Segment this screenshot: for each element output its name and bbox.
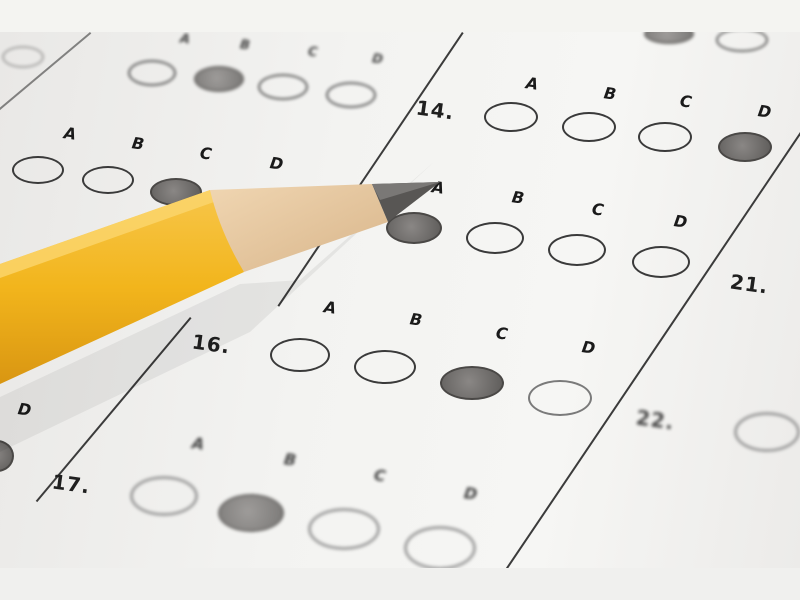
option-label: D xyxy=(673,211,689,232)
answer-bubble-filled[interactable] xyxy=(0,440,14,472)
option-label: B xyxy=(409,309,424,330)
answer-bubble[interactable] xyxy=(354,350,416,384)
column-divider xyxy=(487,132,800,568)
answer-bubble[interactable] xyxy=(82,166,134,194)
answer-sheet: A B C D A B C D 14. A B C D 5. xyxy=(0,32,800,568)
answer-bubble[interactable] xyxy=(12,156,64,184)
answer-bubble[interactable] xyxy=(404,526,476,568)
option-label: D xyxy=(463,483,479,504)
answer-bubble[interactable] xyxy=(562,112,616,142)
answer-bubble[interactable] xyxy=(716,32,768,52)
answer-bubble-filled[interactable] xyxy=(440,366,504,400)
option-label: A xyxy=(323,297,338,318)
answer-bubble[interactable] xyxy=(548,234,606,266)
question-number: 22. xyxy=(635,405,676,434)
answer-bubble[interactable] xyxy=(130,476,198,516)
option-label: A xyxy=(431,177,446,198)
answer-sheet-photo: A B C D A B C D 14. A B C D 5. xyxy=(0,32,800,568)
option-label: C xyxy=(591,199,605,219)
answer-bubble[interactable] xyxy=(466,222,524,254)
option-label: A xyxy=(63,123,78,144)
option-label: D xyxy=(581,337,597,358)
answer-bubble[interactable] xyxy=(528,380,592,416)
answer-bubble-filled[interactable] xyxy=(386,212,442,244)
option-label: C xyxy=(373,465,387,485)
answer-bubble-filled[interactable] xyxy=(644,32,694,44)
answer-bubble-filled[interactable] xyxy=(194,66,244,92)
option-label: C xyxy=(199,143,213,163)
answer-bubble-filled[interactable] xyxy=(218,494,284,532)
question-number: 17. xyxy=(51,469,92,498)
answer-bubble[interactable] xyxy=(308,508,380,550)
option-label: B xyxy=(131,133,146,154)
bottom-border xyxy=(0,568,800,600)
option-label: D xyxy=(269,153,285,174)
option-label: C xyxy=(679,91,693,111)
option-label: A xyxy=(525,73,540,94)
answer-bubble[interactable] xyxy=(326,82,376,108)
option-label: B xyxy=(239,37,251,53)
question-number: 14. xyxy=(415,95,456,124)
option-label: A xyxy=(179,32,191,48)
question-number: 16. xyxy=(191,329,232,358)
answer-bubble[interactable] xyxy=(258,74,308,100)
option-label: D xyxy=(757,101,773,122)
answer-bubble[interactable] xyxy=(638,122,692,152)
answer-bubble[interactable] xyxy=(734,412,800,452)
option-label: A xyxy=(191,433,206,454)
option-label: B xyxy=(283,449,298,470)
answer-bubble[interactable] xyxy=(484,102,538,132)
answer-bubble[interactable] xyxy=(270,338,330,372)
answer-bubble[interactable] xyxy=(128,60,176,86)
option-label: C xyxy=(307,44,319,60)
option-label: B xyxy=(603,83,618,104)
column-divider xyxy=(0,32,91,111)
option-label: C xyxy=(495,323,509,343)
question-number: 21. xyxy=(729,269,770,298)
answer-bubble-filled[interactable] xyxy=(150,178,202,206)
answer-bubble-filled[interactable] xyxy=(718,132,772,162)
option-label: D xyxy=(371,51,384,67)
answer-bubble[interactable] xyxy=(2,46,44,68)
answer-bubble[interactable] xyxy=(632,246,690,278)
top-border xyxy=(0,0,800,32)
question-number: 5. xyxy=(334,210,361,237)
column-divider xyxy=(277,32,463,307)
option-label: D xyxy=(17,399,33,420)
option-label: B xyxy=(511,187,526,208)
